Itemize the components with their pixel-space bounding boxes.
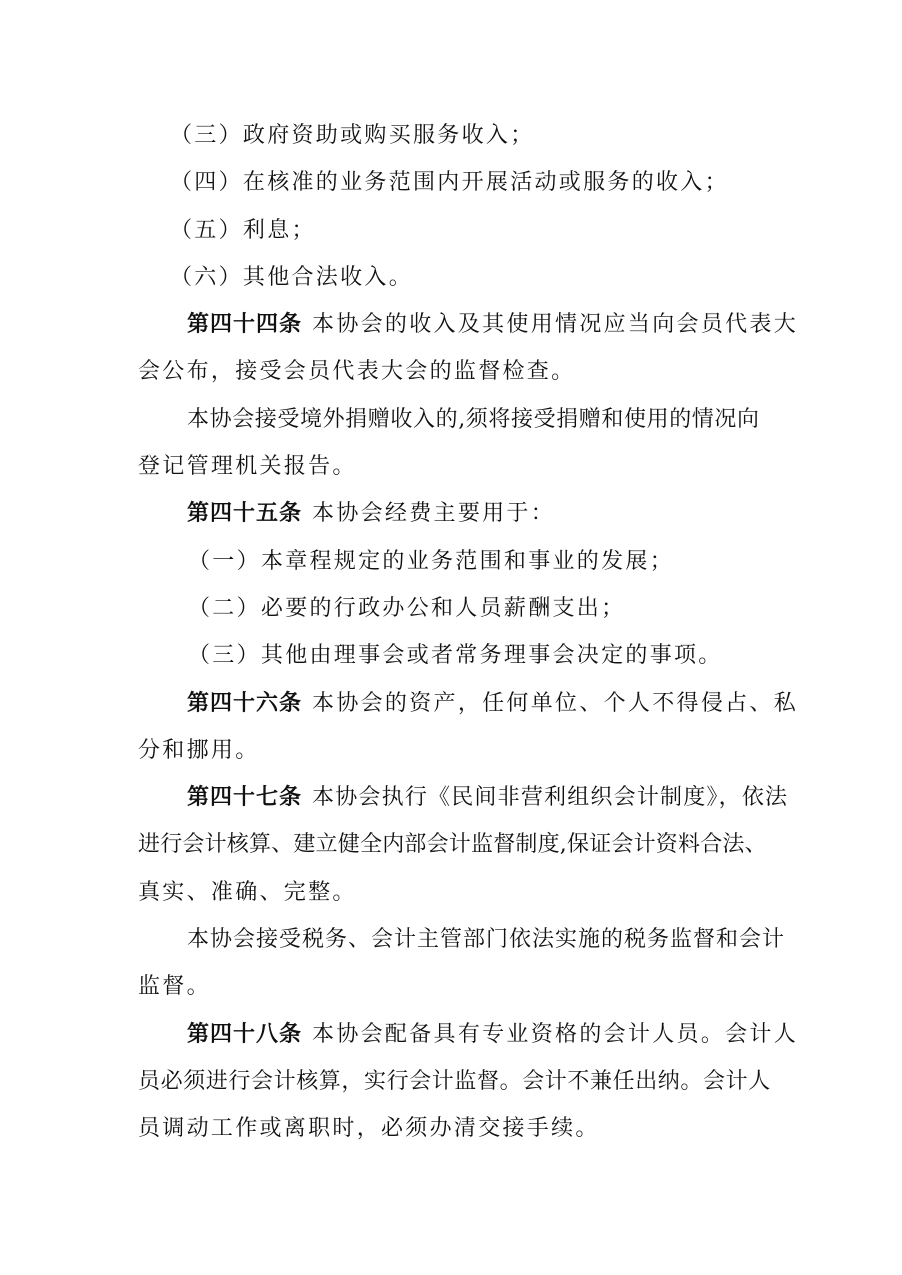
article-47-text: 本协会执行《民间非营利组织会计制度》，依法 — [312, 785, 788, 810]
article-48-line-2: 员必须进行会计核算，实行会计监督。会计不兼任出纳。会计人 — [138, 1058, 768, 1105]
article-47-line-2: 进行会计核算、建立健全内部会计监督制度,保证会计资料合法、 — [138, 821, 768, 868]
article-47-heading: 第四十七条 — [187, 785, 302, 810]
article-46-text: 本协会的资产，任何单位、个人不得侵占、私 — [312, 691, 798, 716]
article-45-item-1: （一）本章程规定的业务范围和事业的发展； — [138, 538, 768, 585]
list-item-income-5: （五）利息； — [138, 207, 768, 254]
article-46-line-1: 第四十六条本协会的资产，任何单位、个人不得侵占、私 — [138, 680, 768, 727]
list-item-income-4: （四）在核准的业务范围内开展活动或服务的收入； — [138, 159, 768, 206]
article-45-line-1: 第四十五条本协会经费主要用于： — [138, 490, 768, 537]
article-47-line-3: 真实、准确、完整。 — [138, 869, 768, 916]
article-48-heading: 第四十八条 — [187, 1022, 302, 1047]
article-46-heading: 第四十六条 — [187, 691, 302, 716]
article-47-para2-line-1: 本协会接受税务、会计主管部门依法实施的税务监督和会计 — [138, 916, 768, 963]
article-44-para2-line-1: 本协会接受境外捐赠收入的,须将接受捐赠和使用的情况向 — [138, 396, 768, 443]
article-45-item-2: （二）必要的行政办公和人员薪酬支出； — [138, 585, 768, 632]
article-47-para2-line-2: 监督。 — [138, 963, 768, 1010]
article-48-line-3: 员调动工作或离职时，必须办清交接手续。 — [138, 1105, 768, 1152]
article-44-heading: 第四十四条 — [187, 312, 302, 337]
article-46-line-2: 分和挪用。 — [138, 727, 768, 774]
article-44-line-1: 第四十四条本协会的收入及其使用情况应当向会员代表大 — [138, 301, 768, 348]
article-44-para2-line-2: 登记管理机关报告。 — [138, 443, 768, 490]
article-48-line-1: 第四十八条本协会配备具有专业资格的会计人员。会计人 — [138, 1011, 768, 1058]
document-page: （三）政府资助或购买服务收入； （四）在核准的业务范围内开展活动或服务的收入； … — [138, 112, 768, 1153]
article-45-item-3: （三）其他由理事会或者常务理事会决定的事项。 — [138, 632, 768, 679]
list-item-income-6: （六）其他合法收入。 — [138, 254, 768, 301]
article-44-line-2: 会公布，接受会员代表大会的监督检查。 — [138, 348, 768, 395]
article-45-heading: 第四十五条 — [187, 501, 302, 526]
article-48-text: 本协会配备具有专业资格的会计人员。会计人 — [312, 1022, 798, 1047]
list-item-income-3: （三）政府资助或购买服务收入； — [138, 112, 768, 159]
article-45-text: 本协会经费主要用于： — [312, 501, 555, 526]
article-47-line-1: 第四十七条本协会执行《民间非营利组织会计制度》，依法 — [138, 774, 768, 821]
article-44-text: 本协会的收入及其使用情况应当向会员代表大 — [312, 312, 798, 337]
